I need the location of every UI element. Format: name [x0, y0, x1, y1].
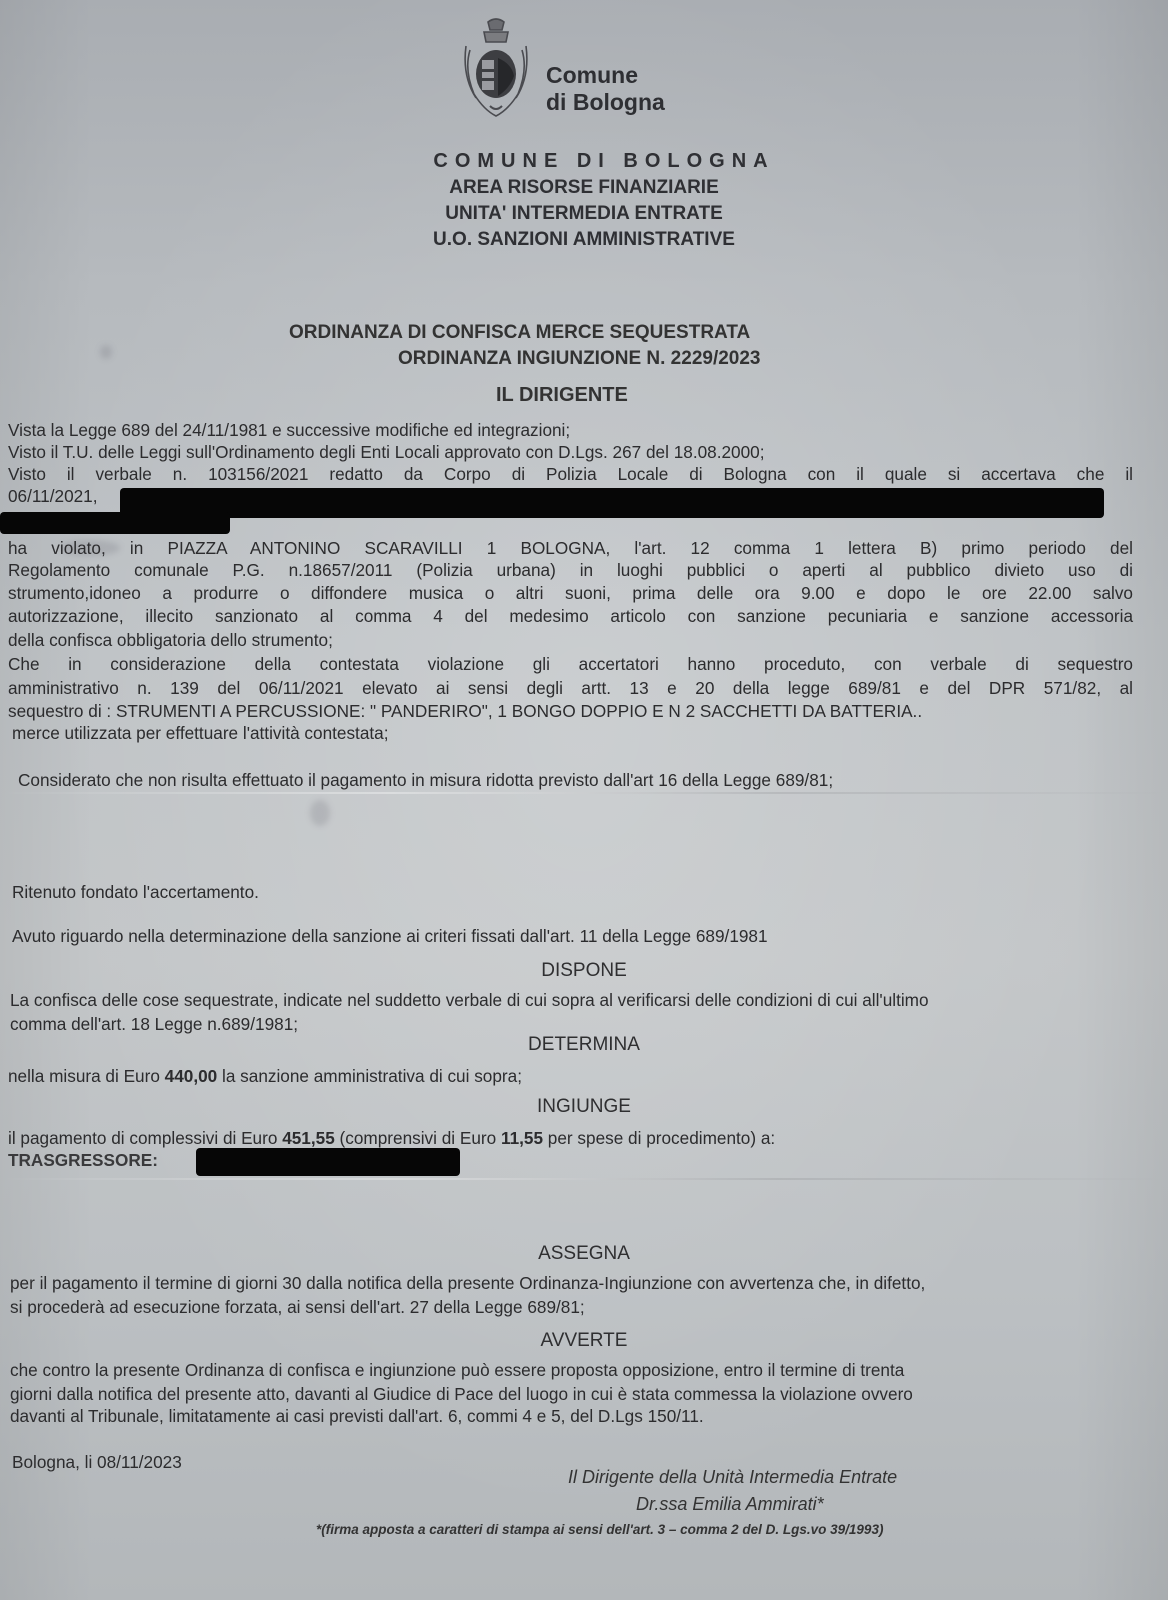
dispone-line: La confisca delle cose sequestrate, indi…	[10, 990, 929, 1010]
determina-heading: DETERMINA	[0, 1034, 1168, 1056]
violation-line: autorizzazione, illecito sanzionato al c…	[8, 606, 1133, 626]
determina-prefix: nella misura di Euro	[8, 1066, 165, 1086]
ingiunge-middle: (comprensivi di Euro	[335, 1128, 501, 1148]
trasgressore-label: TRASGRESSORE:	[8, 1150, 158, 1170]
sanction-amount: 440,00	[165, 1066, 218, 1086]
dispone-line: comma dell'art. 18 Legge n.689/1981;	[10, 1014, 298, 1034]
signer-title: Il Dirigente della Unità Intermedia Entr…	[568, 1467, 897, 1488]
avverte-heading: AVVERTE	[0, 1330, 1168, 1352]
preamble-line: Visto il T.U. delle Leggi sull'Ordinamen…	[8, 442, 765, 462]
dispone-heading: DISPONE	[0, 960, 1168, 982]
paper-fold	[0, 1178, 1168, 1180]
seizure-line: merce utilizzata per effettuare l'attivi…	[12, 723, 389, 743]
fees-amount: 11,55	[501, 1128, 543, 1148]
avverte-line: giorni dalla notifica del presente atto,…	[10, 1384, 913, 1404]
ingiunge-prefix: il pagamento di complessivi di Euro	[8, 1128, 282, 1148]
avverte-line: davanti al Tribunale, limitatamente ai c…	[10, 1406, 704, 1426]
redaction-bar	[196, 1148, 460, 1176]
total-amount: 451,55	[282, 1128, 335, 1148]
violation-line: della confisca obbligatoria dello strume…	[8, 630, 333, 650]
header-unita: UNITA' INTERMEDIA ENTRATE	[0, 203, 1168, 225]
logo-wordmark: Comune di Bologna	[546, 62, 665, 116]
document-page: Comune di Bologna COMUNE DI BOLOGNA AREA…	[0, 0, 1168, 1600]
document-title: ORDINANZA DI CONFISCA MERCE SEQUESTRATA	[289, 322, 750, 344]
paper-smudge	[310, 800, 330, 826]
violation-line: ha violato, in PIAZZA ANTONINO SCARAVILL…	[8, 538, 1133, 558]
determina-suffix: la sanzione amministrativa di cui sopra;	[217, 1066, 522, 1086]
preamble-line: Visto il verbale n. 103156/2021 redatto …	[8, 464, 1133, 484]
assegna-line: si procederà ad esecuzione forzata, ai s…	[10, 1297, 585, 1317]
ordinance-number: ORDINANZA INGIUNZIONE N. 2229/2023	[398, 348, 761, 370]
dirigente-heading: IL DIRIGENTE	[496, 384, 628, 407]
violation-line: Regolamento comunale P.G. n.18657/2011 (…	[8, 560, 1133, 580]
place-date: Bologna, li 08/11/2023	[12, 1452, 182, 1472]
header-comune: COMUNE DI BOLOGNA	[0, 150, 1168, 173]
bologna-coat-of-arms-icon	[462, 16, 530, 120]
redaction-bar	[120, 488, 1104, 518]
ingiunge-suffix: per spese di procedimento) a:	[543, 1128, 775, 1148]
avverte-line: che contro la presente Ordinanza di conf…	[10, 1360, 904, 1380]
paper-fold	[0, 792, 1168, 794]
ingiunge-line: il pagamento di complessivi di Euro 451,…	[8, 1128, 775, 1148]
ingiunge-heading: INGIUNGE	[0, 1096, 1168, 1118]
logo-line-bologna: di Bologna	[546, 89, 665, 116]
redaction-bar	[0, 512, 230, 534]
verbale-date: 06/11/2021,	[8, 486, 98, 506]
violation-line: strumento,idoneo a produrre o diffondere…	[8, 583, 1133, 603]
seizure-line: Che in considerazione della contestata v…	[8, 654, 1133, 674]
seized-items: sequestro di : STRUMENTI A PERCUSSIONE: …	[8, 701, 922, 721]
determina-line: nella misura di Euro 440,00 la sanzione …	[8, 1066, 522, 1086]
avuto-line: Avuto riguardo nella determinazione dell…	[12, 926, 768, 946]
seizure-line: amministrativo n. 139 del 06/11/2021 ele…	[8, 678, 1133, 698]
considerato-line: Considerato che non risulta effettuato i…	[18, 770, 833, 790]
paper-smudge	[100, 345, 112, 359]
header-uo: U.O. SANZIONI AMMINISTRATIVE	[0, 229, 1168, 251]
preamble-line: Vista la Legge 689 del 24/11/1981 e succ…	[8, 420, 570, 440]
logo-line-comune: Comune	[546, 62, 665, 89]
signer-name: Dr.ssa Emilia Ammirati*	[636, 1494, 824, 1515]
ritenuto-line: Ritenuto fondato l'accertamento.	[12, 882, 259, 902]
header-area: AREA RISORSE FINANZIARIE	[0, 177, 1168, 199]
assegna-heading: ASSEGNA	[0, 1243, 1168, 1265]
assegna-line: per il pagamento il termine di giorni 30…	[10, 1273, 925, 1293]
signature-footnote: *(firma apposta a caratteri di stampa ai…	[316, 1522, 883, 1537]
